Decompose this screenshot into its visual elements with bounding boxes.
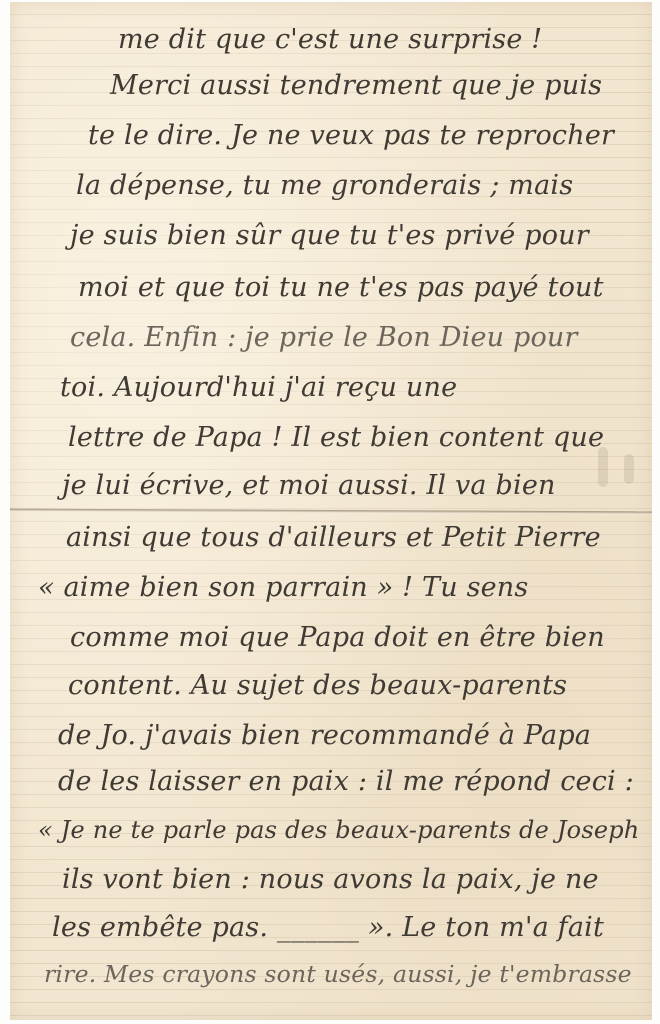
text-line: rire. Mes crayons sont usés, aussi, je t… <box>44 960 632 988</box>
text-line: « aime bien son parrain » ! Tu sens <box>38 572 528 603</box>
text-line: lettre de Papa ! Il est bien content que <box>68 422 604 453</box>
text-line: cela. Enfin : je prie le Bon Dieu pour <box>70 322 578 353</box>
text-line: me dit que c'est une surprise ! <box>118 24 542 55</box>
text-line: la dépense, tu me gronderais ; mais <box>76 170 573 201</box>
text-line: Merci aussi tendrement que je puis <box>110 70 602 101</box>
handwritten-text: me dit que c'est une surprise ! Merci au… <box>10 2 652 1020</box>
text-line: moi et que toi tu ne t'es pas payé tout <box>78 272 604 303</box>
text-line: de les laisser en paix : il me répond ce… <box>58 766 634 797</box>
text-line: ainsi que tous d'ailleurs et Petit Pierr… <box>66 522 601 553</box>
text-line: toi. Aujourd'hui j'ai reçu une <box>60 372 457 403</box>
text-line: de Jo. j'avais bien recommandé à Papa <box>58 720 591 751</box>
text-line: te le dire. Je ne veux pas te reprocher <box>88 120 614 151</box>
text-line: ils vont bien : nous avons la paix, je n… <box>62 864 599 895</box>
scanned-letter-page: me dit que c'est une surprise ! Merci au… <box>0 0 660 1024</box>
text-line: je suis bien sûr que tu t'es privé pour <box>70 220 589 251</box>
text-line: les embête pas. ______ ». Le ton m'a fai… <box>52 912 604 943</box>
text-line: je lui écrive, et moi aussi. Il va bien <box>62 470 556 501</box>
paper-sheet: me dit que c'est une surprise ! Merci au… <box>10 2 652 1020</box>
text-line: « Je ne te parle pas des beaux-parents d… <box>38 816 639 844</box>
text-line: content. Au sujet des beaux-parents <box>68 670 567 701</box>
text-line: comme moi que Papa doit en être bien <box>70 622 605 653</box>
